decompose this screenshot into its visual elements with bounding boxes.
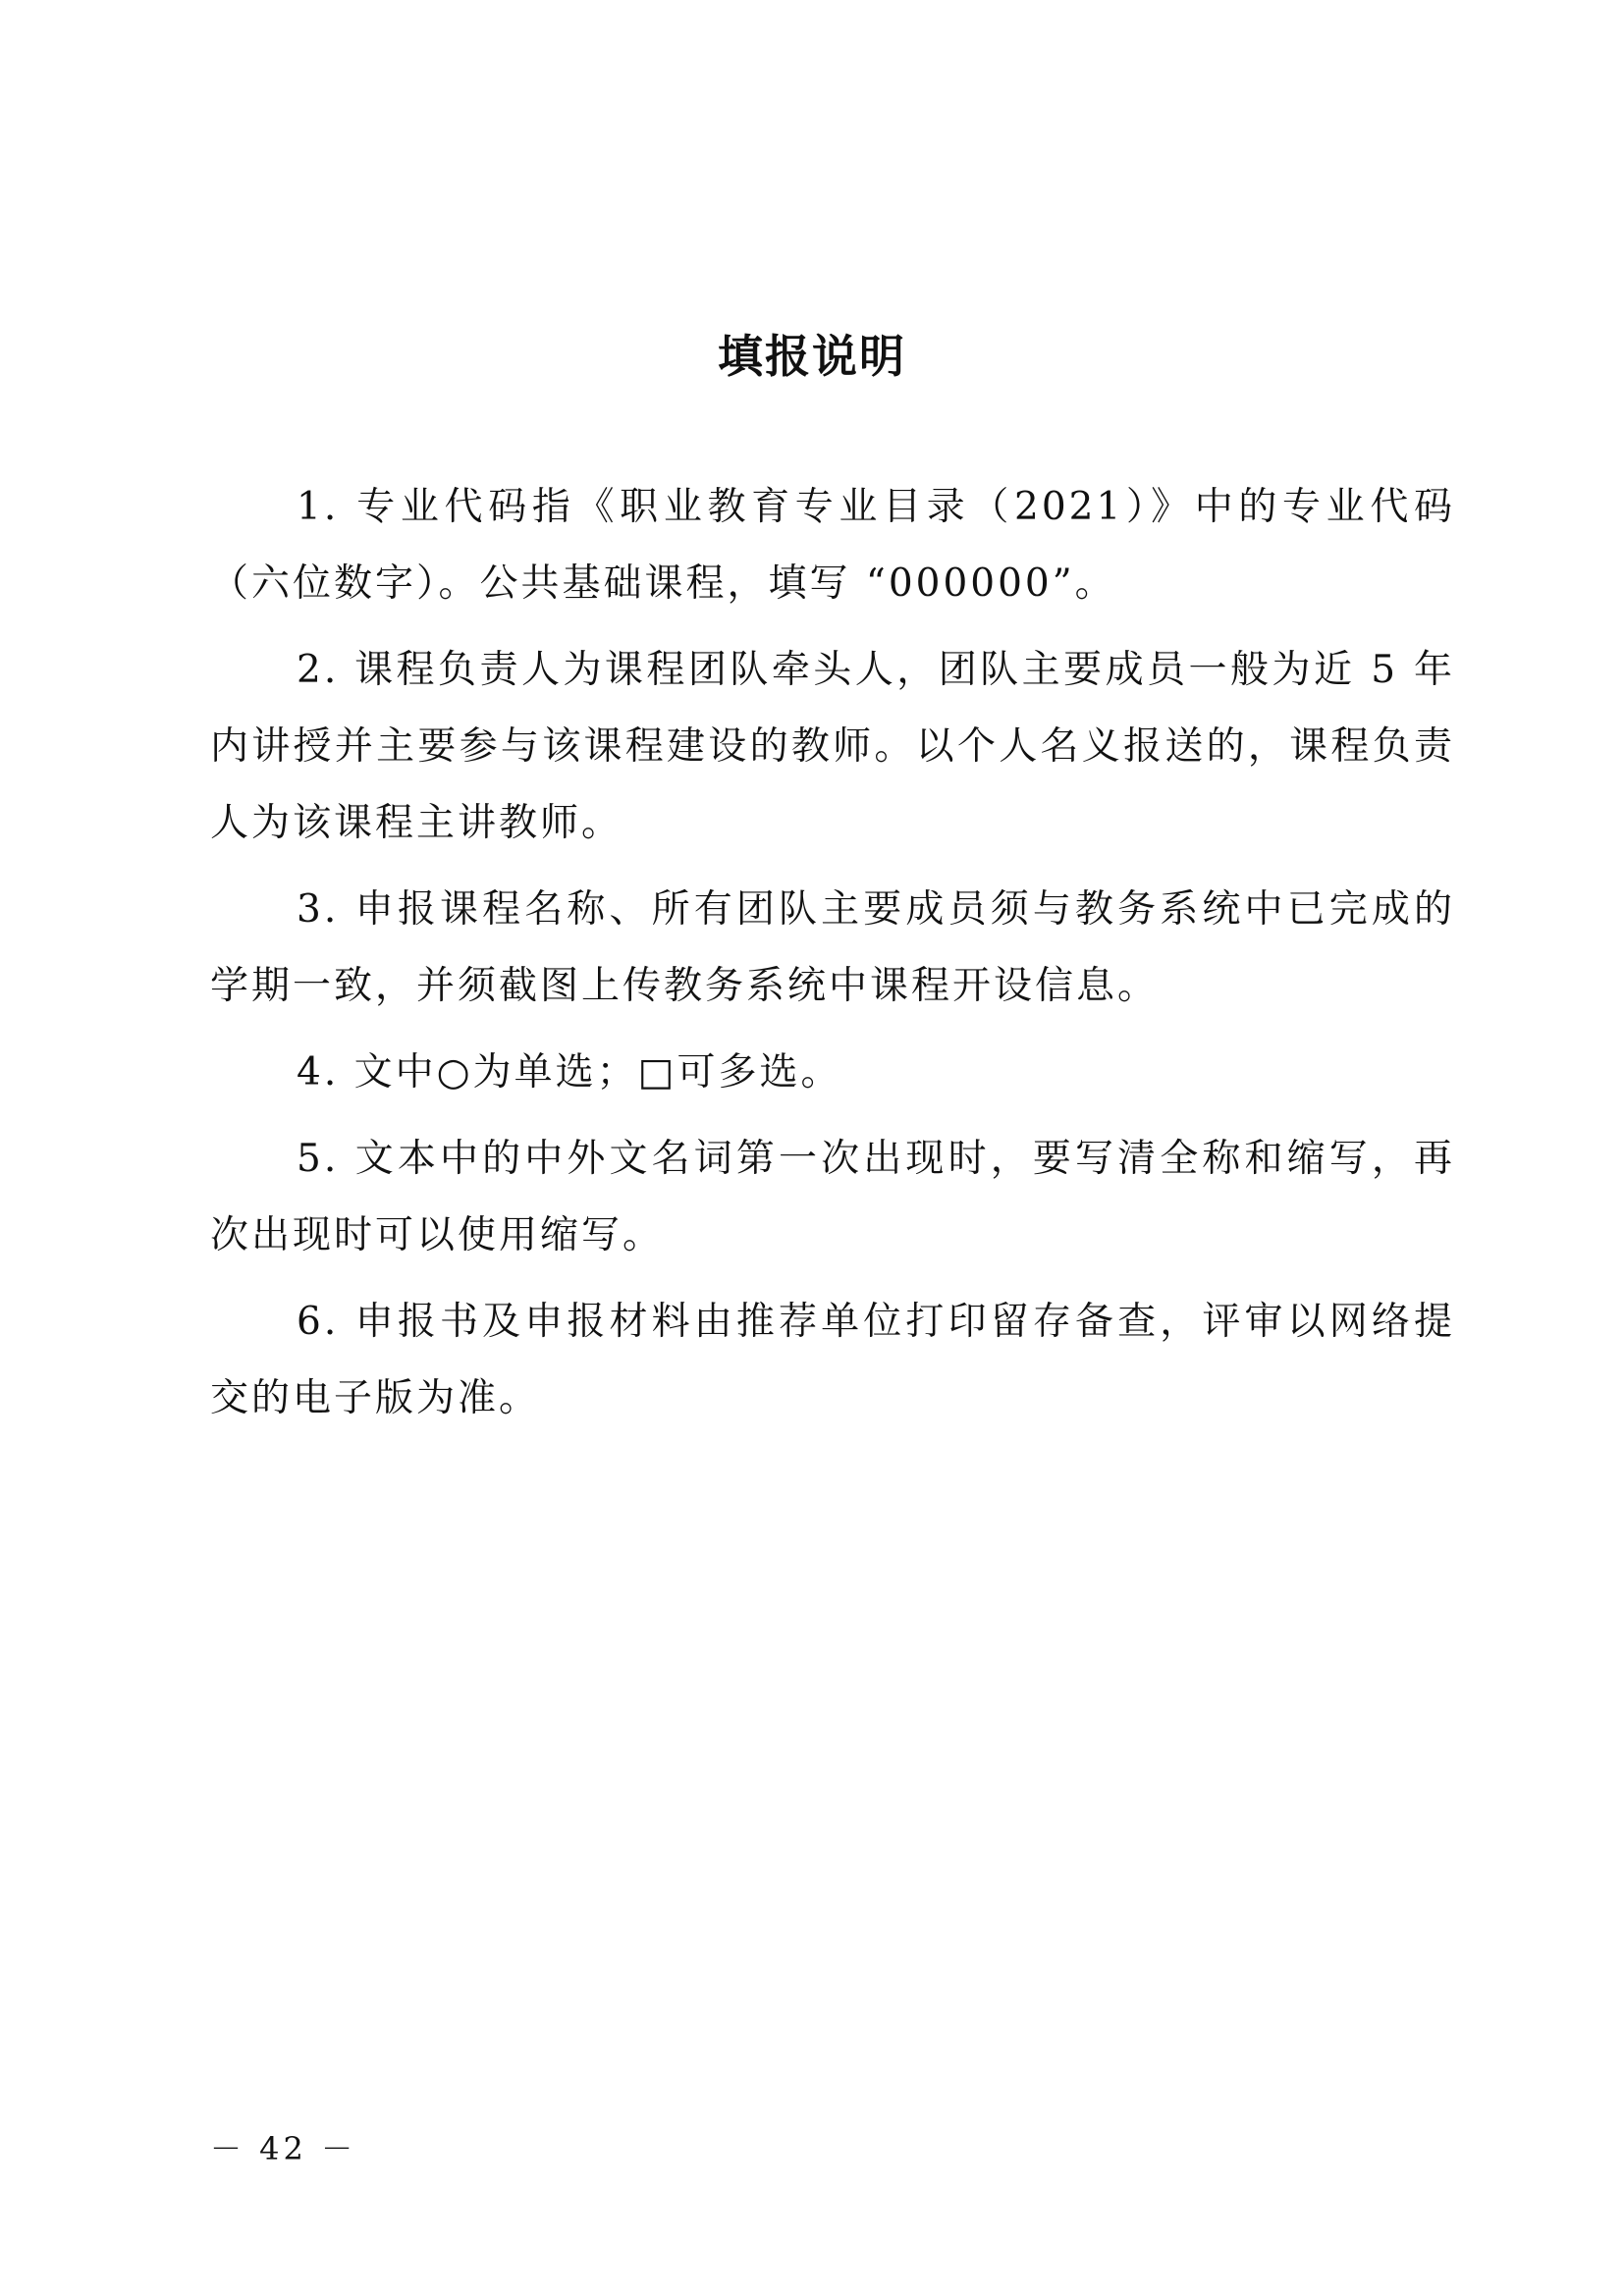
- instruction-item-1: 1. 专业代码指《职业教育专业目录（2021）》中的专业代码（六位数字）。公共基…: [210, 469, 1455, 622]
- instruction-item-4: 4. 文中○为单选；□可多选。: [210, 1035, 1455, 1111]
- instruction-item-5: 5. 文本中的中外文名词第一次出现时，要写清全称和缩写，再次出现时可以使用缩写。: [210, 1121, 1455, 1274]
- instruction-item-3: 3. 申报课程名称、所有团队主要成员须与教务系统中已完成的学期一致，并须截图上传…: [210, 872, 1455, 1025]
- instruction-item-2: 2. 课程负责人为课程团队牵头人，团队主要成员一般为近 5 年内讲授并主要参与该…: [210, 632, 1455, 862]
- instruction-item-6: 6. 申报书及申报材料由推荐单位打印留存备查，评审以网络提交的电子版为准。: [210, 1284, 1455, 1437]
- page-title: 填报说明: [0, 317, 1624, 396]
- instructions-list: 1. 专业代码指《职业教育专业目录（2021）》中的专业代码（六位数字）。公共基…: [210, 469, 1455, 1437]
- page-number: － 42 －: [210, 2124, 356, 2173]
